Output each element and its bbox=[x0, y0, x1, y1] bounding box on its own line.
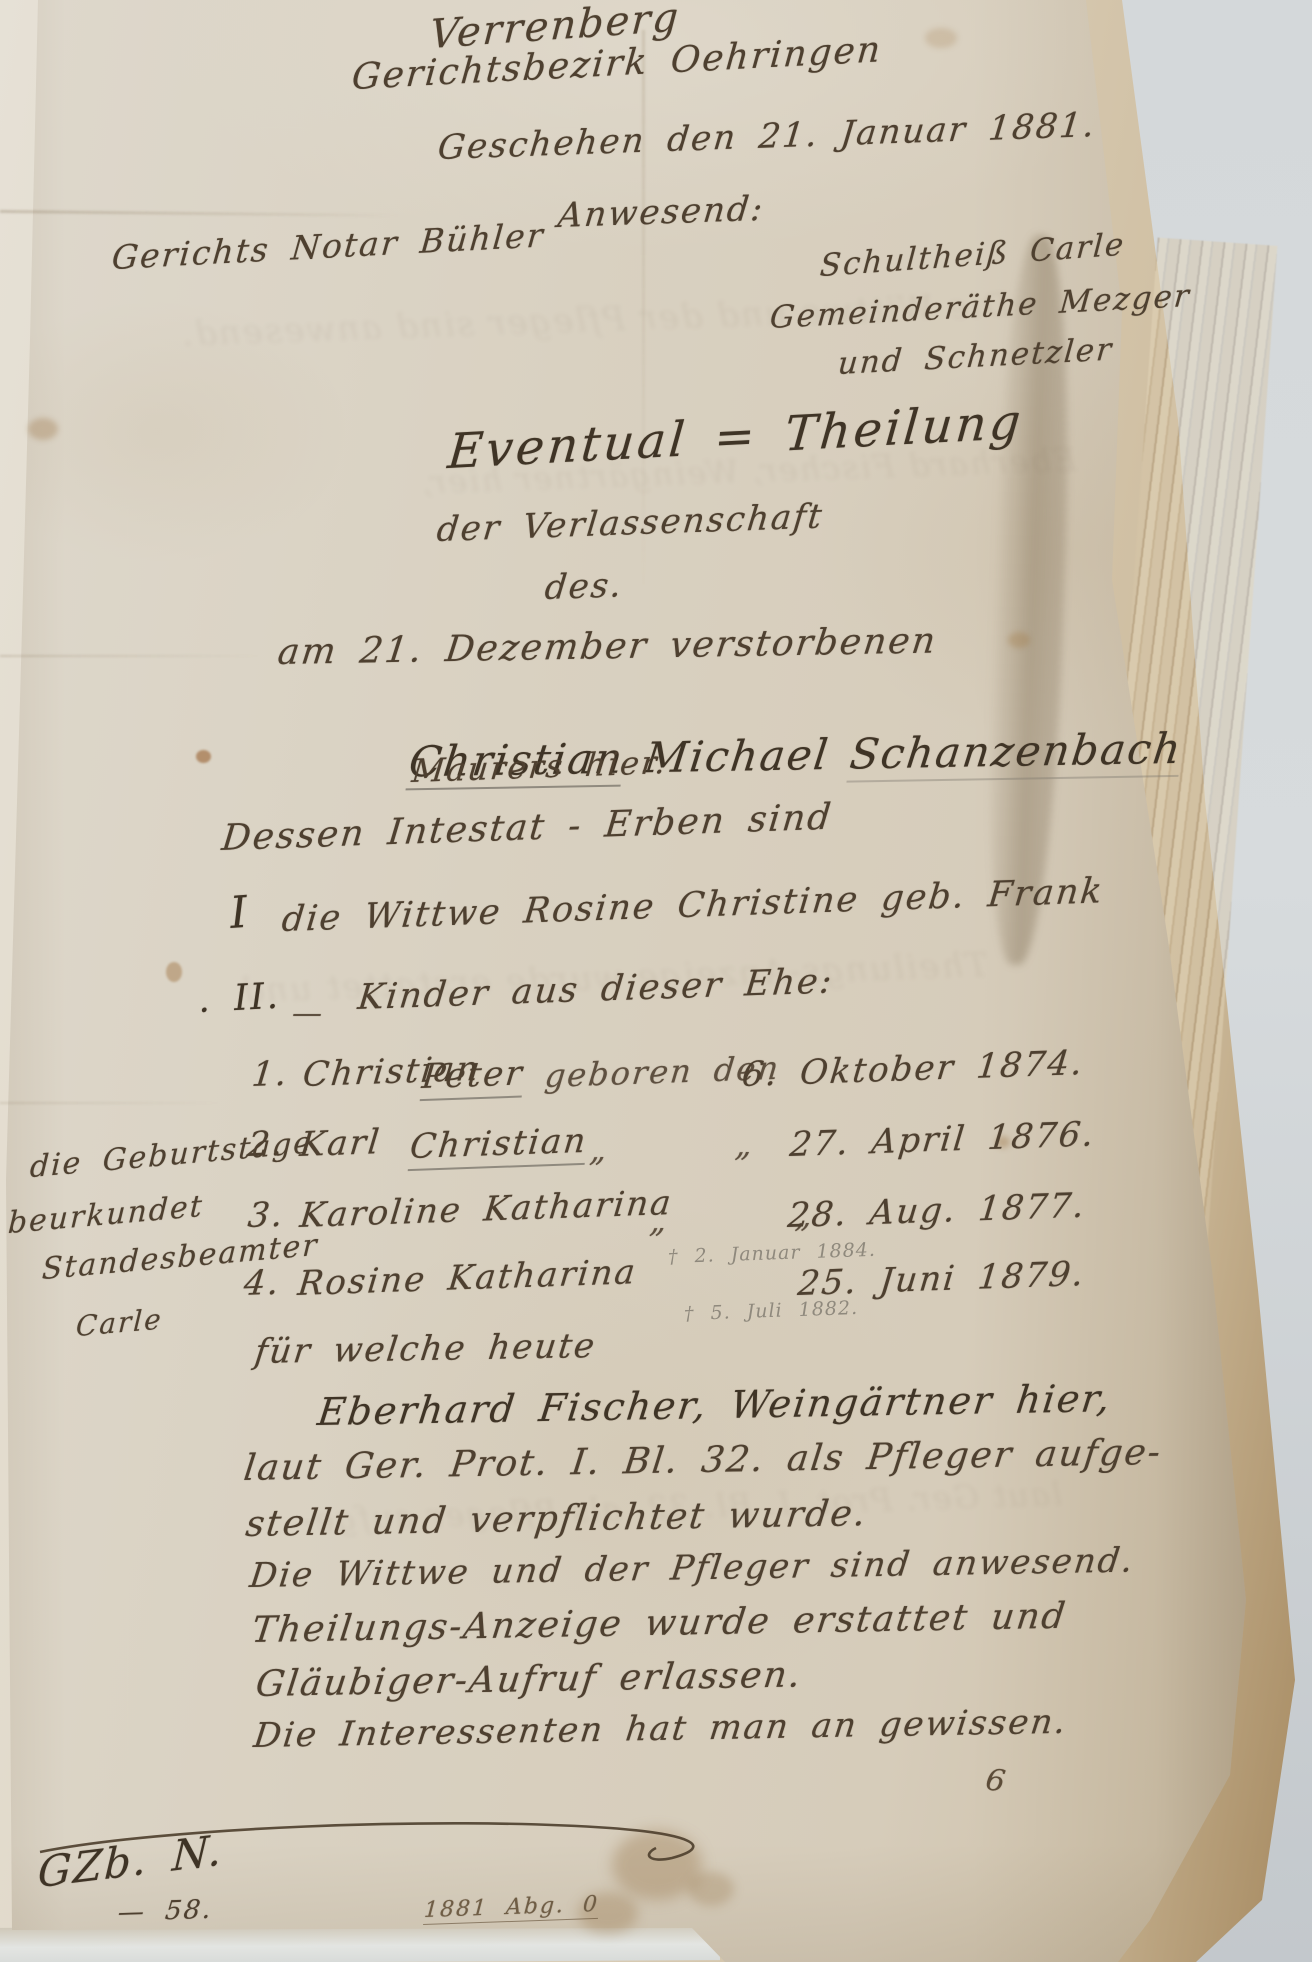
ditto-marks: „ „ bbox=[588, 1125, 756, 1169]
heir-item2-numeral: . II. bbox=[197, 976, 281, 1021]
fold-crease bbox=[0, 655, 260, 657]
document-photo: Die Wittwe und der Pfleger sind anwesend… bbox=[0, 0, 1312, 1962]
registry-number: — 58. bbox=[116, 1895, 214, 1928]
deceased-last-name: Schanzenbach bbox=[847, 724, 1185, 783]
stain bbox=[28, 418, 58, 440]
heir-item1-numeral: I bbox=[228, 887, 251, 939]
stain bbox=[1008, 632, 1030, 648]
stain bbox=[925, 28, 957, 48]
title-line3: des. bbox=[543, 565, 625, 608]
child-number: 3. bbox=[246, 1195, 287, 1236]
stain bbox=[196, 750, 211, 763]
child-name-underlined: Peter bbox=[420, 1053, 526, 1101]
stain bbox=[688, 1872, 734, 1906]
stain bbox=[166, 962, 182, 982]
present-label: Anwesend: bbox=[556, 189, 766, 236]
body-line: für welche heute bbox=[253, 1326, 599, 1372]
child-number: 1. bbox=[250, 1054, 291, 1095]
heir-item2-dash: — bbox=[292, 996, 324, 1031]
child-row: 1. Christian Peter geboren den 6. Oktobe… bbox=[0, 1055, 1312, 1115]
deceased-middle-name: Michael bbox=[642, 730, 832, 782]
child-name-underlined: Christian bbox=[408, 1121, 590, 1171]
